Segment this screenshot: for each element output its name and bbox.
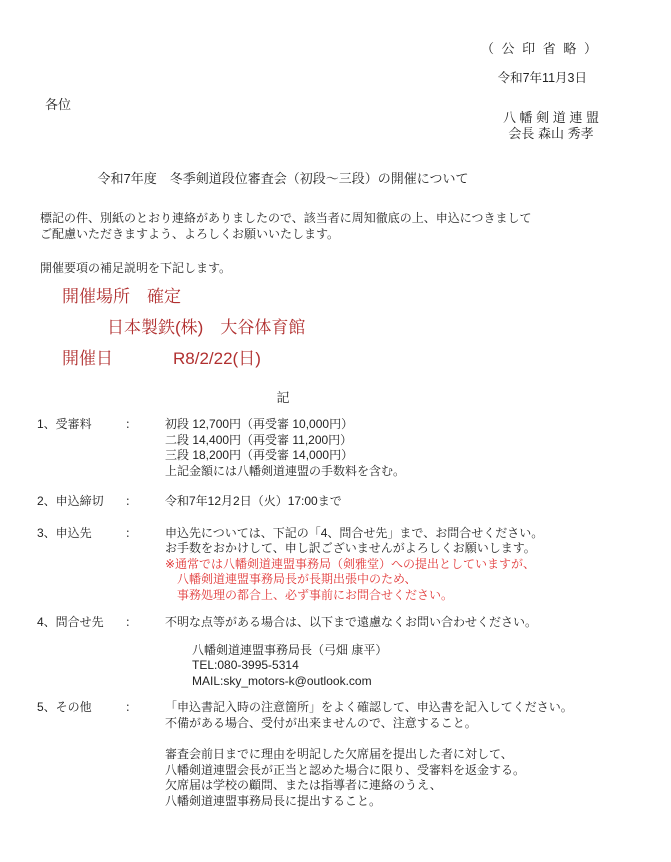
absence-line: 八幡剣道連盟事務局長に提出すること。: [165, 794, 657, 810]
item-colon: ：: [125, 417, 165, 433]
intro-line-1: 標記の件、別紙のとおり連絡がありましたので、該当者に周知徹底の上、申込につきまし…: [40, 211, 532, 227]
sender-org: 八 幡 剣 道 連 盟: [503, 110, 599, 126]
item-colon: ：: [125, 526, 165, 542]
event-date-label: 開催日: [62, 344, 113, 369]
item-label: 1、受審料: [37, 417, 125, 433]
contact-block: 八幡剣道連盟事務局長（弓畑 康平） TEL:080-3995-5314 MAIL…: [192, 643, 657, 690]
event-date-row: 開催日 R8/2/22(日): [62, 344, 261, 369]
venue-heading: 開催場所 確定: [62, 282, 181, 307]
document-title: 令和7年度 冬季剣道段位審査会（初段～三段）の開催について: [0, 168, 566, 187]
item-examination-fee: 1、受審料 ： 初段 12,700円（再受審 10,000円） 二段 14,40…: [37, 417, 657, 479]
deadline-line: 令和7年12月2日（火）17:00まで: [165, 494, 657, 510]
destination-red-note: ※通常では八幡剣道連盟事務局（剣雅堂）への提出としていますが、: [165, 557, 657, 573]
item-label: 2、申込締切: [37, 494, 125, 510]
sender-president: 会長 森山 秀孝: [503, 126, 599, 142]
item-colon: ：: [125, 615, 165, 631]
inquiry-line: 不明な点等がある場合は、以下まで遠慮なくお問い合わせください。: [165, 615, 657, 631]
item-inquiry-contact: 4、問合せ先 ： 不明な点等がある場合は、以下まで遠慮なくお問い合わせください。…: [37, 615, 657, 689]
fee-line: 二段 14,400円（再受審 11,200円）: [165, 433, 657, 449]
destination-line: お手数をおかけして、申し訳ございませんがよろしくお願いします。: [165, 541, 657, 557]
contact-person: 八幡剣道連盟事務局長（弓畑 康平）: [192, 643, 657, 659]
contact-phone: TEL:080-3995-5314: [192, 658, 657, 674]
event-date-spacer: [113, 344, 173, 369]
item-other-notes: 5、その他 ： 「申込書記入時の注意箇所」をよく確認して、申込書を記入してくださ…: [37, 700, 657, 809]
fee-line: 初段 12,700円（再受審 10,000円）: [165, 417, 657, 433]
absence-line: 欠席届は学校の顧問、または指導者に連絡のうえ、: [165, 778, 657, 794]
fee-line: 三段 18,200円（再受審 14,000円）: [165, 448, 657, 464]
item-label: 3、申込先: [37, 526, 125, 542]
intro-line-2: ご配慮いただきますよう、よろしくお願いいたします。: [40, 227, 532, 243]
event-date-value: R8/2/22(日): [173, 344, 261, 369]
item-content: 不明な点等がある場合は、以下まで遠慮なくお問い合わせください。 八幡剣道連盟事務…: [165, 615, 657, 689]
absence-line: 審査会前日までに理由を明記した欠席届を提出した者に対して、: [165, 747, 657, 763]
contact-email: MAIL:sky_motors-k@outlook.com: [192, 674, 657, 690]
fee-note: 上記金額には八幡剣道連盟の手数料を含む。: [165, 464, 657, 480]
destination-red-note: 事務処理の都合上、必ず事前にお問合せください。: [165, 588, 657, 604]
sender-block: 八 幡 剣 道 連 盟 会長 森山 秀孝: [503, 110, 599, 142]
item-colon: ：: [125, 700, 165, 716]
document-page: （ 公 印 省 略 ） 令和7年11月3日 各位 八 幡 剣 道 連 盟 会長 …: [0, 0, 671, 862]
issue-date: 令和7年11月3日: [498, 68, 587, 86]
destination-line: 申込先については、下記の「4、問合せ先」まで、お問合せください。: [165, 526, 657, 542]
venue-name: 日本製鉄(株) 大谷体育館: [107, 313, 305, 338]
record-marker: 記: [0, 387, 566, 406]
item-content: 初段 12,700円（再受審 10,000円） 二段 14,400円（再受審 1…: [165, 417, 657, 479]
seal-omitted-note: （ 公 印 省 略 ）: [481, 38, 599, 57]
item-label: 5、その他: [37, 700, 125, 716]
item-content: 令和7年12月2日（火）17:00まで: [165, 494, 657, 510]
item-colon: ：: [125, 494, 165, 510]
recipient: 各位: [45, 94, 71, 113]
absence-line: 八幡剣道連盟会長が正当と認めた場合に限り、受審料を返金する。: [165, 763, 657, 779]
item-label: 4、問合せ先: [37, 615, 125, 631]
item-application-destination: 3、申込先 ： 申込先については、下記の「4、問合せ先」まで、お問合せください。…: [37, 526, 657, 604]
absence-paragraph: 審査会前日までに理由を明記した欠席届を提出した者に対して、 八幡剣道連盟会長が正…: [165, 747, 657, 809]
destination-red-note: 八幡剣道連盟事務局長が長期出張中のため、: [165, 572, 657, 588]
other-line: 不備がある場合、受付が出来ませんので、注意すること。: [165, 716, 657, 732]
item-application-deadline: 2、申込締切 ： 令和7年12月2日（火）17:00まで: [37, 494, 657, 510]
intro-paragraph: 標記の件、別紙のとおり連絡がありましたので、該当者に周知徹底の上、申込につきまし…: [40, 211, 532, 242]
items-list: 1、受審料 ： 初段 12,700円（再受審 10,000円） 二段 14,40…: [37, 417, 657, 809]
other-line: 「申込書記入時の注意箇所」をよく確認して、申込書を記入してください。: [165, 700, 657, 716]
item-content: 申込先については、下記の「4、問合せ先」まで、お問合せください。 お手数をおかけ…: [165, 526, 657, 604]
item-content: 「申込書記入時の注意箇所」をよく確認して、申込書を記入してください。 不備がある…: [165, 700, 657, 809]
supplement-note: 開催要項の補足説明を下記します。: [40, 259, 231, 276]
